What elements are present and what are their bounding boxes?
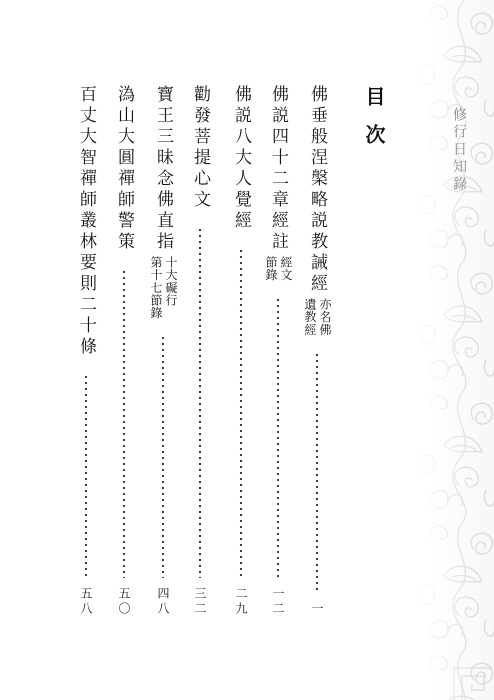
entry-annotation: 亦名佛 遺教經 — [303, 298, 331, 336]
dot-leader — [122, 269, 126, 578]
toc-entry: 佛説八大人覺經 二九 — [221, 85, 261, 617]
toc-heading: 目次 — [361, 86, 387, 162]
toc-entry: 寶王三昧念佛直指 十大礙行 第十七節錄 四八 — [143, 85, 183, 617]
dot-leader — [239, 248, 243, 578]
page-number: 四八 — [156, 587, 170, 617]
entry-title: 百丈大智禪師叢林要則二十條 — [76, 85, 96, 358]
entry-title: 佛説四十二章經註 — [268, 85, 288, 253]
dot-leader — [315, 352, 319, 593]
entry-annotation: 經文 節錄 — [264, 256, 292, 281]
annotation-left-line: 第十七節錄 — [149, 256, 162, 319]
entry-title: 勸發菩提心文 — [190, 85, 210, 211]
annotation-right-line: 十大礙行 — [164, 256, 177, 306]
page-number: 五八 — [79, 587, 93, 617]
annotation-left-line: 節錄 — [264, 256, 277, 281]
floral-border-pattern-icon — [404, 0, 494, 700]
annotation-right-line: 經文 — [279, 256, 292, 281]
dot-leader — [84, 374, 88, 578]
dot-leader — [161, 335, 165, 578]
page-number: 一 — [310, 602, 324, 617]
entry-title: 寶王三昧念佛直指 — [153, 85, 173, 253]
toc-entry: 佛垂般涅槃略説教誡經 亦名佛 遺教經 一 — [297, 85, 337, 617]
toc-entry: 佛説四十二章經註 經文 節錄 一二 — [258, 85, 298, 617]
entry-title: 佛垂般涅槃略説教誡經 — [307, 85, 327, 295]
annotation-left-line: 遺教經 — [303, 298, 316, 336]
page-number: 二九 — [234, 587, 248, 617]
page-number: 三二 — [193, 587, 207, 617]
entry-title: 佛説八大人覺經 — [231, 85, 251, 232]
page-number: 五〇 — [117, 587, 131, 617]
entry-title: 溈山大圓禪師警策 — [114, 85, 134, 253]
toc-entry: 溈山大圓禪師警策 五〇 — [104, 85, 144, 617]
dot-leader — [276, 297, 280, 578]
entry-annotation: 十大礙行 第十七節錄 — [149, 256, 177, 319]
dot-leader — [198, 227, 202, 578]
page-number: 一二 — [271, 587, 285, 617]
running-header: 修行日知錄 — [449, 107, 469, 194]
toc-entry: 勸發菩提心文 三二 — [180, 85, 220, 617]
toc-entry: 百丈大智禪師叢林要則二十條 五八 — [66, 85, 106, 617]
annotation-right-line: 亦名佛 — [318, 298, 331, 336]
